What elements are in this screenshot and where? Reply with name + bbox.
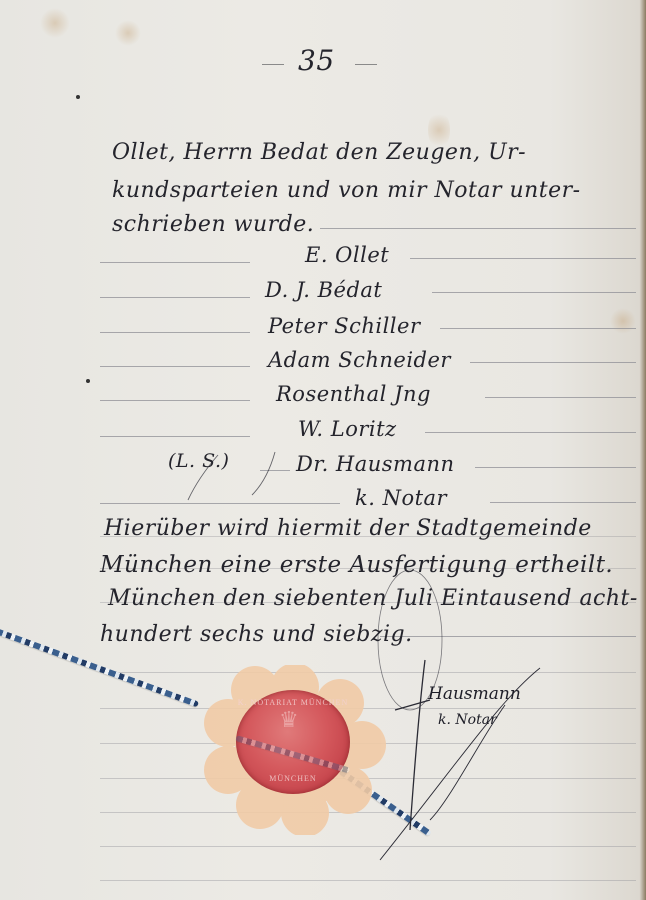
document-page: 35 Ollet, Herrn Bedat den Zeugen, Ur- ku… bbox=[0, 0, 646, 900]
notary-signature-name: Hausmann bbox=[428, 684, 521, 704]
notary-signature-flourish bbox=[0, 0, 646, 900]
notary-signature-title: k. Notar bbox=[438, 712, 497, 728]
